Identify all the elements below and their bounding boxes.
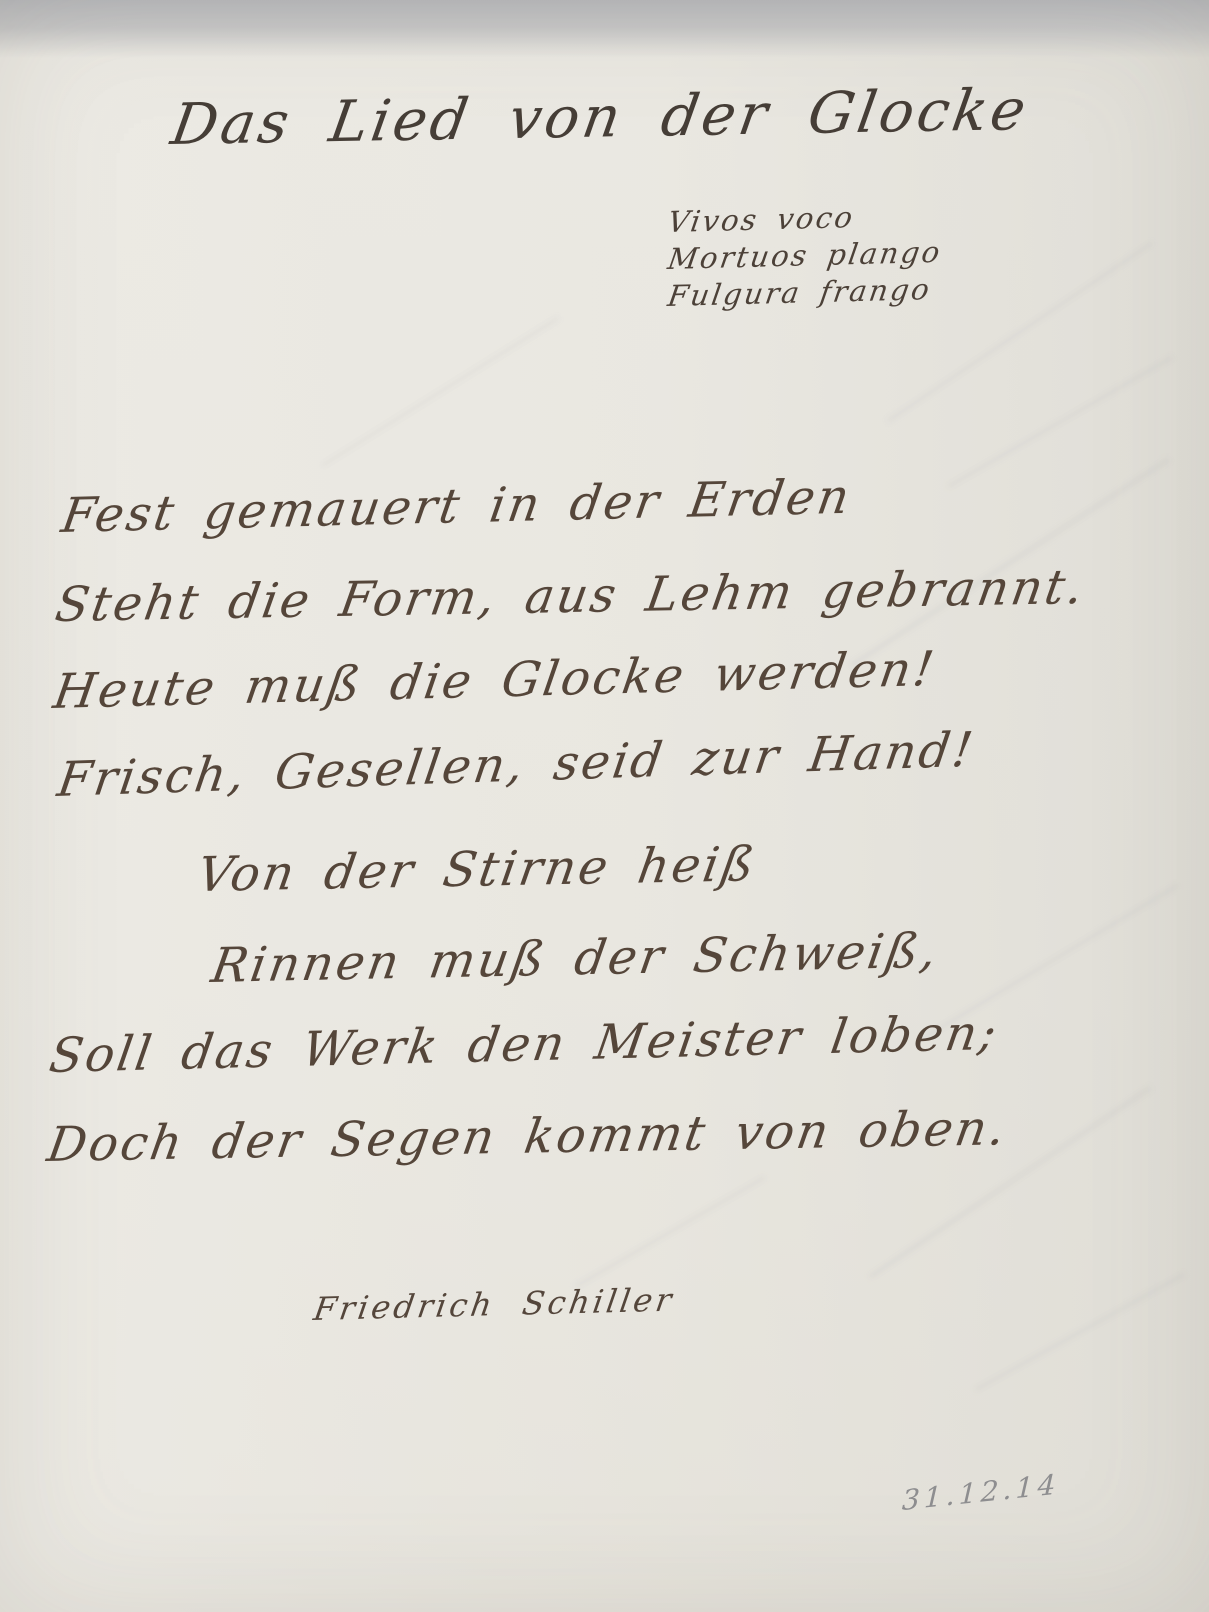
show-through-mark bbox=[574, 1175, 767, 1288]
poem-line: Soll das Werk den Meister loben; bbox=[46, 1005, 1003, 1084]
poem-line: Fest gemauert in der Erden bbox=[58, 469, 856, 544]
show-through-mark bbox=[320, 316, 560, 468]
poem-line: Frisch, Gesellen, seid zur Hand! bbox=[54, 722, 979, 808]
poem-line: Heute muß die Glocke werden! bbox=[50, 641, 940, 720]
author-signature: Friedrich Schiller bbox=[311, 1281, 677, 1328]
handwritten-page: Das Lied von der Glocke Vivos voco Mortu… bbox=[0, 0, 1209, 1612]
poem-line: Von der Stirne heiß bbox=[194, 836, 761, 903]
motto-line: Fulgura frango bbox=[665, 271, 944, 315]
poem-line: Doch der Segen kommt von oben. bbox=[44, 1100, 1012, 1173]
poem-line: Steht die Form, aus Lehm gebrannt. bbox=[52, 559, 1090, 633]
poem-title: Das Lied von der Glocke bbox=[167, 77, 1034, 158]
latin-motto: Vivos voco Mortuos plango Fulgura frango bbox=[668, 204, 940, 315]
show-through-mark bbox=[946, 355, 1173, 488]
pencil-date: 31.12.14 bbox=[901, 1468, 1060, 1517]
poem-line: Rinnen muß der Schweiß, bbox=[208, 923, 943, 994]
show-through-mark bbox=[974, 1272, 1186, 1392]
